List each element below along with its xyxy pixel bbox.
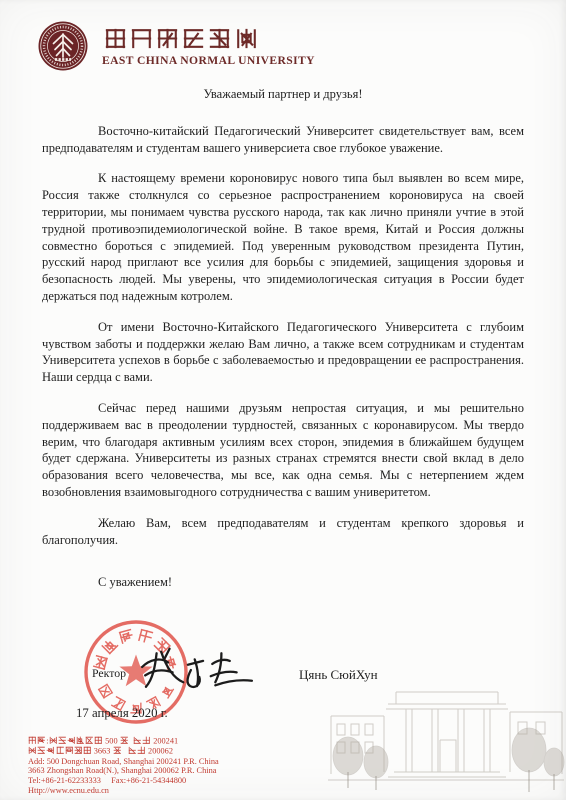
footer-line: 3663 200062 (28, 746, 219, 756)
letter-paragraphs: Восточно-китайский Педагогический Универ… (42, 123, 524, 549)
salutation: Уважаемый партнер и друзья! (42, 86, 524, 103)
university-seal-icon (38, 21, 88, 71)
signer-name: Цянь СюйХун (299, 667, 378, 683)
handwritten-signature (136, 644, 258, 695)
letter-paragraph: Восточно-китайский Педагогический Универ… (42, 123, 524, 157)
university-name-english: EAST CHINA NORMAL UNIVERSITY (102, 54, 315, 67)
letterhead: EAST CHINA NORMAL UNIVERSITY (38, 21, 315, 71)
letter-date: 17 апреля 2020 г. (76, 706, 168, 721)
footer-line: Add: 500 Dongchuan Road, Shanghai 200241… (28, 757, 219, 767)
closing: С уважением! (42, 574, 524, 591)
letterhead-titles: EAST CHINA NORMAL UNIVERSITY (102, 26, 315, 67)
letterhead-footer: : 500 200241 3663 200062Add: 500 Dongchu… (28, 736, 219, 796)
letter-paragraph: От имени Восточно-Китайского Педагогичес… (42, 319, 524, 386)
signer-role: Ректор (92, 666, 126, 681)
letter-paragraph: К настоящему времени короновирус нового … (42, 170, 524, 304)
letter-paragraph: Сейчас перед нашими друзьям непростая си… (42, 400, 524, 501)
footer-line: 3663 Zhongshan Road(N.), Shanghai 200062… (28, 766, 219, 776)
letter-paragraph: Желаю Вам, всем предподавателям и студен… (42, 515, 524, 549)
footer-line: : 500 200241 (28, 736, 219, 746)
letter-page: EAST CHINA NORMAL UNIVERSITY Уважаемый п… (0, 0, 566, 800)
building-sketch (326, 684, 566, 800)
university-name-chinese (102, 26, 315, 52)
letter-body: Уважаемый партнер и друзья! Восточно-кит… (42, 86, 524, 591)
footer-line: Http://www.ecnu.edu.cn (28, 786, 219, 796)
footer-line: Tel:+86-21-62233333 Fax:+86-21-54344800 (28, 776, 219, 786)
